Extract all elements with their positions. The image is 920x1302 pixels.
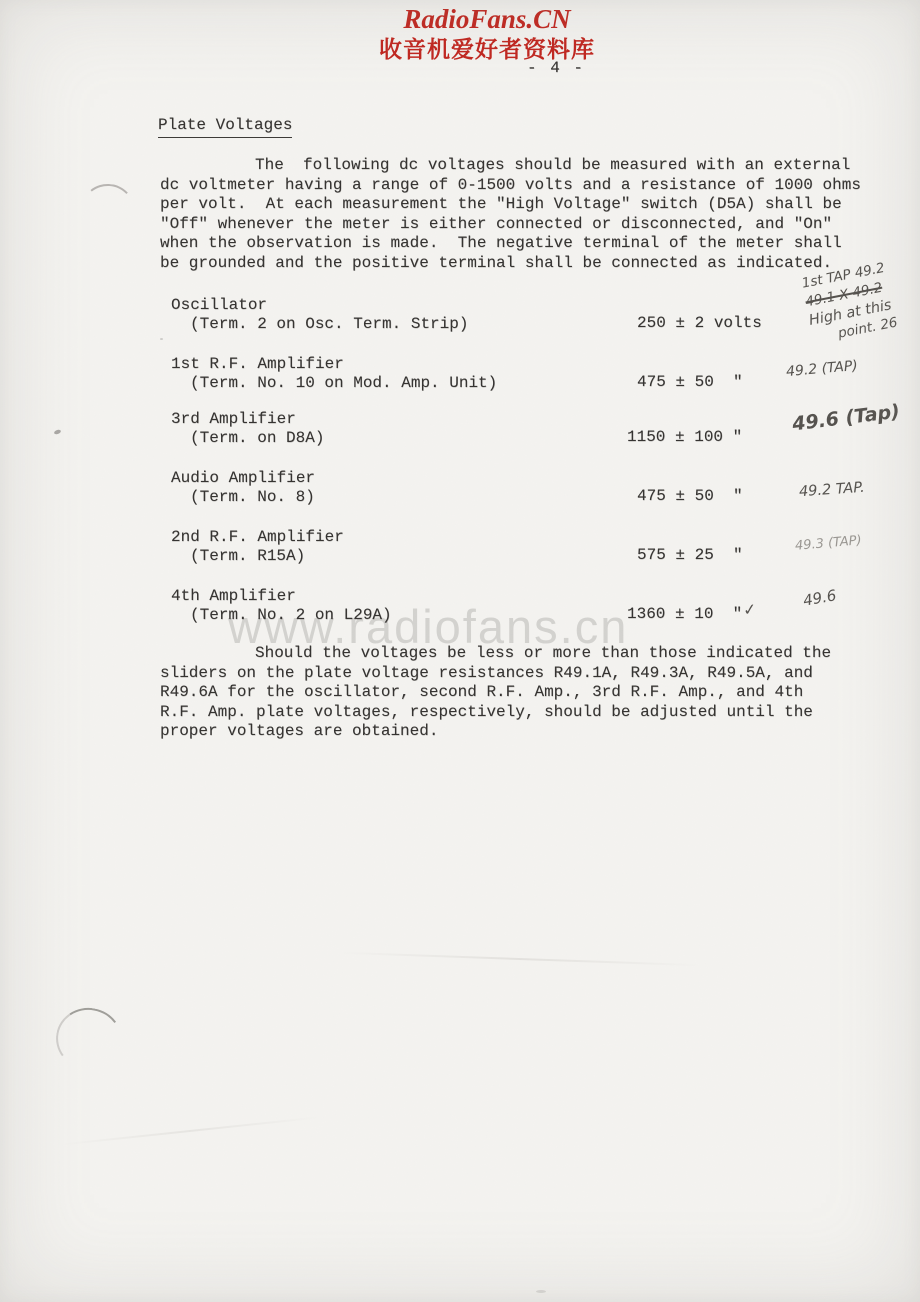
scanned-document-page: RadioFans.CN 收音机爱好者资料库 - 4 - www.radiofa…	[0, 0, 920, 1302]
measurement-row-2nd-rf-amplifier: 2nd R.F. Amplifier (Term. R15A) 575 ± 25…	[0, 528, 920, 572]
measurement-name: 4th Amplifier	[171, 587, 296, 607]
measurement-value: 250 ± 2 volts	[637, 314, 762, 334]
hole-punch-mark	[51, 1003, 127, 1076]
paper-crease	[61, 1116, 320, 1145]
measurement-value: 475 ± 50 "	[637, 373, 743, 393]
hole-punch-mark	[80, 182, 135, 234]
handwritten-annotation: 49.6 (Tap)	[791, 401, 901, 436]
measurement-name: 1st R.F. Amplifier	[171, 355, 344, 375]
measurement-terminal: (Term. No. 2 on L29A)	[190, 606, 392, 626]
measurement-name: Oscillator	[171, 296, 267, 316]
measurement-value: 475 ± 50 "	[637, 487, 743, 507]
handwritten-checkmark: ✓	[742, 599, 757, 619]
page-number: - 4 -	[527, 59, 585, 79]
paper-crease	[340, 952, 700, 967]
measurement-row-3rd-amplifier: 3rd Amplifier (Term. on D8A) 1150 ± 100 …	[0, 410, 920, 454]
handwritten-annotation: 49.3 (TAP)	[794, 533, 862, 554]
measurement-terminal: (Term. No. 10 on Mod. Amp. Unit)	[190, 374, 497, 394]
measurement-name: Audio Amplifier	[171, 469, 315, 489]
measurement-terminal: (Term. 2 on Osc. Term. Strip)	[190, 315, 468, 335]
scan-speck	[160, 338, 163, 340]
measurement-row-audio-amplifier: Audio Amplifier (Term. No. 8) 475 ± 50 "…	[0, 469, 920, 513]
handwritten-annotation: 49.2 (TAP)	[785, 358, 858, 380]
measurement-row-1st-rf-amplifier: 1st R.F. Amplifier (Term. No. 10 on Mod.…	[0, 355, 920, 399]
measurement-name: 3rd Amplifier	[171, 410, 296, 430]
measurement-terminal: (Term. R15A)	[190, 547, 305, 567]
measurement-value: 1360 ± 10 "	[627, 605, 742, 625]
measurement-terminal: (Term. No. 8)	[190, 488, 315, 508]
handwritten-annotation: 49.2 TAP.	[799, 480, 866, 501]
measurement-terminal: (Term. on D8A)	[190, 429, 324, 449]
measurement-value: 575 ± 25 "	[637, 546, 743, 566]
measurement-row-oscillator: Oscillator (Term. 2 on Osc. Term. Strip)…	[0, 296, 920, 340]
closing-paragraph: Should the voltages be less or more than…	[160, 644, 880, 742]
measurement-row-4th-amplifier: 4th Amplifier (Term. No. 2 on L29A) 1360…	[0, 587, 920, 631]
measurement-name: 2nd R.F. Amplifier	[171, 528, 344, 548]
handwritten-annotation: 49.6	[802, 586, 838, 610]
section-title: Plate Voltages	[158, 116, 292, 138]
scan-speck	[536, 1290, 546, 1293]
intro-paragraph: The following dc voltages should be meas…	[160, 156, 880, 274]
measurement-value: 1150 ± 100 "	[627, 428, 742, 448]
